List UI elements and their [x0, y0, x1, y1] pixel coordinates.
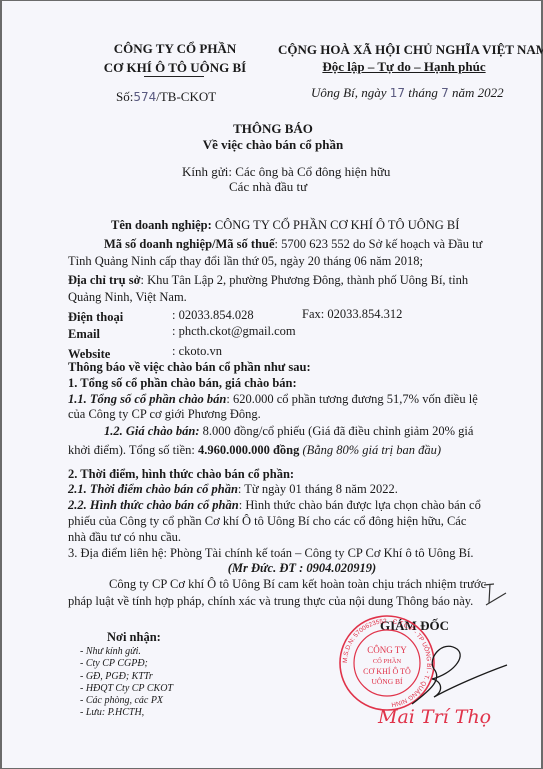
total-amount-label: khởi điểm). Tổng số tiền:: [68, 443, 198, 457]
doc-number-prefix: Số:: [116, 89, 133, 104]
company-name-line1: CÔNG TY CỔ PHẦN: [110, 41, 240, 57]
section-1-1: 1.1. Tổng số cổ phần chào bán: 620.000 c…: [68, 392, 478, 407]
tax-code-continuation: Tỉnh Quảng Ninh cấp thay đổi lần thứ 05,…: [68, 254, 478, 269]
signatory-name: Mai Trí Thọ: [378, 706, 491, 728]
doc-number-handwritten: 574: [133, 90, 156, 104]
initial-mark-icon: [480, 581, 510, 611]
section-1-2-text: 8.000 đồng/cổ phiếu (Giá đã điều chỉnh g…: [200, 424, 474, 438]
recipient-item: - Lưu: P.HCTH,: [80, 707, 173, 719]
tax-code-value: : 5700 623 552 do Sở kế hoạch và Đầu tư: [275, 237, 483, 251]
issue-date: Uông Bí, ngày 17 tháng 7 năm 2022: [311, 85, 504, 101]
section-3-contact-person: (Mr Đức. ĐT : 0904.020919): [202, 561, 402, 576]
section-2-1-label: 2.1. Thời điểm chào bán cổ phần: [68, 482, 238, 496]
section-1-2-continuation: khởi điểm). Tổng số tiền: 4.960.000.000 …: [68, 443, 478, 458]
phone-value: : 02033.854.028: [172, 308, 322, 323]
recipient-item: - Các phòng, các PX: [80, 695, 173, 707]
section-2-heading: 2. Thời điểm, hình thức chào bán cổ phần…: [68, 467, 478, 482]
website-value[interactable]: : ckoto.vn: [172, 344, 322, 359]
email-value[interactable]: : phcth.ckot@gmail.com: [172, 324, 372, 339]
address-label: Địa chỉ trụ sở: [68, 273, 141, 287]
company-name-row: Tên doanh nghiệp: CÔNG TY CỔ PHẦN CƠ KHÍ…: [111, 218, 521, 233]
section-2-2-label: 2.2. Hình thức chào bán cổ phần: [68, 498, 239, 512]
section-2-1-text: : Từ ngày 01 tháng 8 năm 2022.: [238, 482, 398, 496]
document-number: Số:574/TB-CKOT: [116, 89, 216, 105]
national-motto: Độc lập – Tự do – Hạnh phúc: [278, 59, 530, 75]
address-continuation: Quảng Ninh, Việt Nam.: [68, 290, 478, 305]
fax-value: Fax: 02033.854.312: [302, 307, 452, 322]
section-3-contact-location: 3. Địa điểm liên hệ: Phòng Tài chính kế …: [68, 546, 478, 561]
commitment-line2: pháp luật về tính hợp pháp, chính xác và…: [68, 594, 478, 609]
company-name-line2-text: CƠ KHÍ Ô TÔ UÔNG BÍ: [104, 60, 246, 75]
section-2-1: 2.1. Thời điểm chào bán cổ phần: Từ ngày…: [68, 482, 478, 497]
section-2-2-text: : Hình thức chào bán được lựa chọn chào …: [239, 498, 481, 512]
document-title: THÔNG BÁO: [68, 121, 478, 137]
recipient-item: - Cty CP CGPĐ;: [80, 658, 173, 670]
country-name: CỘNG HOÀ XÃ HỘI CHỦ NGHĨA VIỆT NAM: [278, 42, 530, 58]
section-2-2-continuation-2: nhà đầu tư có nhu cầu.: [68, 530, 478, 545]
recipients-line2: Các nhà đầu tư: [229, 179, 307, 195]
section-1-1-continuation: của Công ty CP cơ giới Phương Đông.: [68, 407, 478, 422]
commitment-line1: Công ty CP Cơ khí Ô tô Uông Bí cam kết h…: [109, 577, 519, 592]
section-1-1-text: : 620.000 cổ phần tương đương 51,7% vốn …: [226, 392, 477, 406]
company-name-line2: CƠ KHÍ Ô TÔ UÔNG BÍ: [94, 60, 256, 76]
section-1-1-label: 1.1. Tổng số cổ phần chào bán: [68, 392, 226, 406]
date-prefix: Uông Bí, ngày: [311, 85, 386, 100]
total-amount-note: (Bằng 80% giá trị ban đầu): [299, 443, 441, 457]
body-intro: Thông báo về việc chào bán cổ phần như s…: [68, 360, 478, 375]
date-month-handwritten: 7: [441, 86, 449, 100]
section-2-2: 2.2. Hình thức chào bán cổ phần: Hình th…: [68, 498, 478, 513]
motto-text: Độc lập – Tự do – Hạnh phúc: [322, 59, 485, 74]
email-label: Email: [68, 327, 148, 342]
recipient-item: - GĐ, PGĐ; KTTr: [80, 671, 173, 683]
recipients-line1: Các ông bà Cổ đông hiện hữu: [235, 164, 390, 179]
header-left-underline: [144, 76, 204, 77]
tax-code-row: Mã số doanh nghiệp/Mã số thuế: 5700 623 …: [104, 237, 514, 252]
document-subject: Về việc chào bán cổ phần: [68, 137, 478, 153]
recipient-item: - Như kính gửi.: [80, 646, 173, 658]
section-1-2-label: 1.2. Giá chào bán:: [104, 424, 200, 438]
section-1-heading: 1. Tổng số cổ phần chào bán, giá chào bá…: [68, 376, 478, 391]
company-name-value: CÔNG TY CỔ PHẦN CƠ KHÍ Ô TÔ UÔNG BÍ: [215, 218, 460, 232]
recipients-greeting: Kính gửi: Các ông bà Cổ đông hiện hữu: [182, 164, 390, 180]
recipients-label: Kính gửi:: [182, 164, 232, 179]
section-2-2-continuation-1: phiếu của Công ty cổ phần Cơ khí Ô tô Uô…: [68, 514, 478, 529]
date-day-handwritten: 17: [390, 86, 405, 100]
address-value: : Khu Tân Lập 2, phường Phương Đông, thà…: [141, 273, 469, 287]
document-page: CÔNG TY CỔ PHẦN CƠ KHÍ Ô TÔ UÔNG BÍ Số:5…: [2, 1, 541, 768]
recipients-list: - Như kính gửi. - Cty CP CGPĐ; - GĐ, PGĐ…: [80, 646, 173, 720]
recipient-item: - HĐQT Cty CP CKOT: [80, 683, 173, 695]
total-amount-value: 4.960.000.000 đồng: [198, 443, 299, 457]
section-1-2: 1.2. Giá chào bán: 8.000 đồng/cổ phiếu (…: [104, 424, 514, 439]
phone-label: Điện thoại: [68, 310, 148, 325]
recipients-list-heading: Nơi nhận:: [107, 630, 161, 645]
company-name-label: Tên doanh nghiệp:: [111, 218, 212, 232]
address-row: Địa chỉ trụ sở: Khu Tân Lập 2, phường Ph…: [68, 273, 478, 288]
tax-code-label: Mã số doanh nghiệp/Mã số thuế: [104, 237, 275, 251]
date-year: năm 2022: [452, 85, 504, 100]
doc-number-suffix: /TB-CKOT: [156, 89, 216, 104]
date-month-label: tháng: [408, 85, 438, 100]
